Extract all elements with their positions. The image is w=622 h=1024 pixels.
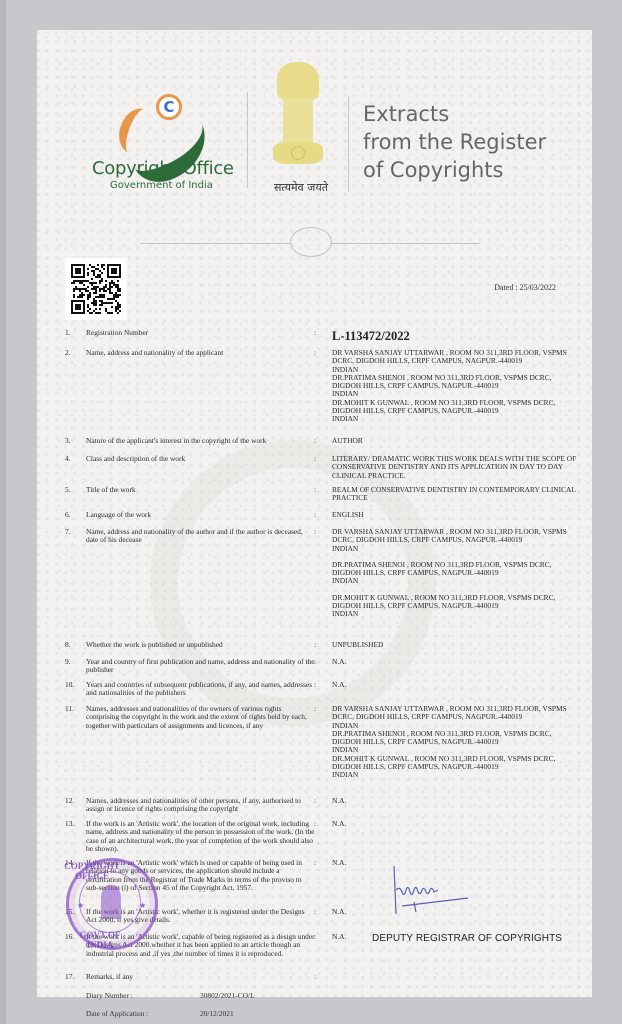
entry-colon: :: [314, 455, 316, 463]
entry-number: 12.: [65, 797, 81, 805]
diary-number-label: Diary Number :: [86, 991, 133, 1000]
entry-colon: :: [314, 933, 316, 941]
entry-number: 9.: [65, 658, 81, 666]
entry-colon: :: [314, 797, 316, 805]
entry-value: UNPUBLISHED: [332, 641, 582, 649]
entry-number: 10.: [65, 681, 81, 689]
heading-line: from the Register: [363, 128, 563, 156]
entry-value-line: LITERARY/ DRAMATIC WORK THIS WORK DEALS …: [332, 455, 582, 480]
copyright-c-icon: C: [156, 94, 182, 120]
entry-label: Years and countries of subsequent public…: [86, 681, 316, 698]
application-date-row: Date of Application : 20/12/2021: [86, 1009, 148, 1018]
star-icon: ★: [77, 901, 84, 910]
entry-number: 13.: [65, 820, 81, 828]
entry-value: N.A.: [332, 658, 582, 666]
entry-number: 2.: [65, 349, 81, 357]
dated-label: Dated : 25/03/2022: [494, 283, 556, 292]
entry-value-line: INDIAN: [332, 577, 582, 585]
entry-label: Name, address and nationality of the aut…: [86, 528, 316, 545]
entry-colon: :: [314, 486, 316, 494]
signature: [388, 862, 478, 922]
entry-value: N.A.: [332, 681, 582, 689]
entry-number: 8.: [65, 641, 81, 649]
entry-value-line: N.A.: [332, 681, 582, 689]
entry-value: AUTHOR: [332, 437, 582, 445]
entry-number: 6.: [65, 511, 81, 519]
qr-code[interactable]: [65, 258, 127, 320]
diary-number-row: Diary Number : 30802/2021-CO/L: [86, 991, 133, 1000]
entry-colon: :: [314, 705, 316, 713]
entry-value-line: REALM OF CONSERVATIVE DENTISTRY IN CONTE…: [332, 486, 582, 503]
entry-value-line: DR.PRATIMA SHENOI , ROOM NO 311,3RD FLOO…: [332, 374, 582, 391]
entry-value: REALM OF CONSERVATIVE DENTISTRY IN CONTE…: [332, 486, 582, 503]
heading-line: Extracts: [363, 100, 563, 128]
entry-value-line: DR.PRATIMA SHENOI , ROOM NO 311,3RD FLOO…: [332, 730, 582, 747]
scan-edge: [0, 0, 6, 1024]
logo-subtitle: Government of India: [110, 180, 240, 191]
entry-number: 11.: [65, 705, 81, 713]
logo-title: Copyright Office: [92, 158, 242, 179]
entry-number: 17.: [65, 973, 81, 981]
document-heading: Extracts from the Register of Copyrights: [363, 100, 563, 184]
entry-colon: :: [314, 528, 316, 536]
entry-number: 7.: [65, 528, 81, 536]
entry-label: Year and country of first publication an…: [86, 658, 316, 675]
entry-value-line: N.A.: [332, 820, 582, 828]
entry-value: DR VARSHA SANJAY UTTARWAR , ROOM NO 311,…: [332, 528, 582, 619]
entry-value-line: DR.MOHIT K GUNWAL , ROOM NO 311,3RD FLOO…: [332, 755, 582, 772]
entry-label: Registration Number: [86, 329, 316, 337]
entry-colon: :: [314, 658, 316, 666]
entry-value: DR VARSHA SANJAY UTTARWAR , ROOM NO 311,…: [332, 349, 582, 424]
entry-label: Title of the work: [86, 486, 316, 494]
entry-value: DR VARSHA SANJAY UTTARWAR , ROOM NO 311,…: [332, 705, 582, 780]
header-divider: [348, 96, 349, 192]
entry-label: Remarks, if any: [86, 973, 316, 981]
entry-value: N.A.: [332, 820, 582, 828]
entry-colon: :: [314, 859, 316, 867]
entry-value-line: DR.MOHIT K GUNWAL , ROOM NO 311,3RD FLOO…: [332, 399, 582, 416]
entry-value-line: AUTHOR: [332, 437, 582, 445]
entry-number: 5.: [65, 486, 81, 494]
entry-label: If the work is an 'Artistic work', the l…: [86, 820, 316, 853]
entry-colon: :: [314, 511, 316, 519]
entry-label: Class and description of the work: [86, 455, 316, 463]
entry-label: Language of the work: [86, 511, 316, 519]
entry-value-line: L-113472/2022: [332, 329, 582, 343]
entry-value: N.A.: [332, 797, 582, 805]
entry-colon: :: [314, 329, 316, 337]
entry-value-line: INDIAN: [332, 610, 582, 618]
entry-label: Whether the work is published or unpubli…: [86, 641, 316, 649]
entry-label: Nature of the applicant's interest in th…: [86, 437, 316, 445]
entry-value-line: DR.PRATIMA SHENOI , ROOM NO 311,3RD FLOO…: [332, 561, 582, 578]
stamp-top-text: COPYRIGHT OFFICE: [62, 861, 122, 881]
entry-value-line: DR VARSHA SANJAY UTTARWAR , ROOM NO 311,…: [332, 705, 582, 722]
entry-value-line: DR.MOHIT K GUNWAL , ROOM NO 311,3RD FLOO…: [332, 594, 582, 611]
entry-value: ENGLISH: [332, 511, 582, 519]
entry-colon: :: [314, 820, 316, 828]
entry-value: L-113472/2022: [332, 329, 582, 343]
heading-line: of Copyrights: [363, 156, 563, 184]
application-date-value: 20/12/2021: [200, 1009, 234, 1018]
entry-value-line: N.A.: [332, 658, 582, 666]
deputy-registrar-title: DEPUTY REGISTRAR OF COPYRIGHTS: [372, 933, 562, 944]
entry-label: Names, addresses and nationalities of th…: [86, 705, 316, 730]
state-emblem-icon: [263, 62, 333, 167]
header-divider: [247, 92, 248, 188]
entry-number: 3.: [65, 437, 81, 445]
star-icon: ★: [139, 901, 146, 910]
ornamental-divider: [130, 233, 490, 253]
entry-label: Names, addresses and nationalities of ot…: [86, 797, 316, 814]
entry-value-line: INDIAN: [332, 545, 582, 553]
entry-colon: :: [314, 908, 316, 916]
stamp-emblem-icon: [101, 885, 121, 919]
entry-value: [332, 973, 582, 981]
entry-value-line: N.A.: [332, 797, 582, 805]
stamp-bottom-text: GOVT OF INDIA: [70, 930, 130, 950]
copyright-office-logo: C Copyright Office Government of India: [88, 86, 238, 196]
entry-value-line: INDIAN: [332, 415, 582, 423]
entry-colon: :: [314, 681, 316, 689]
diary-number-value: 30802/2021-CO/L: [200, 991, 255, 1000]
entry-value-line: DR VARSHA SANJAY UTTARWAR , ROOM NO 311,…: [332, 349, 582, 366]
entry-colon: :: [314, 973, 316, 981]
application-date-label: Date of Application :: [86, 1009, 148, 1018]
entry-colon: :: [314, 349, 316, 357]
emblem-motto: सत्यमेव जयते: [264, 180, 338, 195]
entry-label: Name, address and nationality of the app…: [86, 349, 316, 357]
entry-value-line: UNPUBLISHED: [332, 641, 582, 649]
entry-colon: :: [314, 437, 316, 445]
entry-number: 4.: [65, 455, 81, 463]
entry-value-line: ENGLISH: [332, 511, 582, 519]
entry-value-line: DR VARSHA SANJAY UTTARWAR , ROOM NO 311,…: [332, 528, 582, 545]
entry-value-line: [332, 973, 582, 981]
entry-value-line: INDIAN: [332, 771, 582, 779]
entry-number: 1.: [65, 329, 81, 337]
entry-value: LITERARY/ DRAMATIC WORK THIS WORK DEALS …: [332, 455, 582, 480]
entry-colon: :: [314, 641, 316, 649]
